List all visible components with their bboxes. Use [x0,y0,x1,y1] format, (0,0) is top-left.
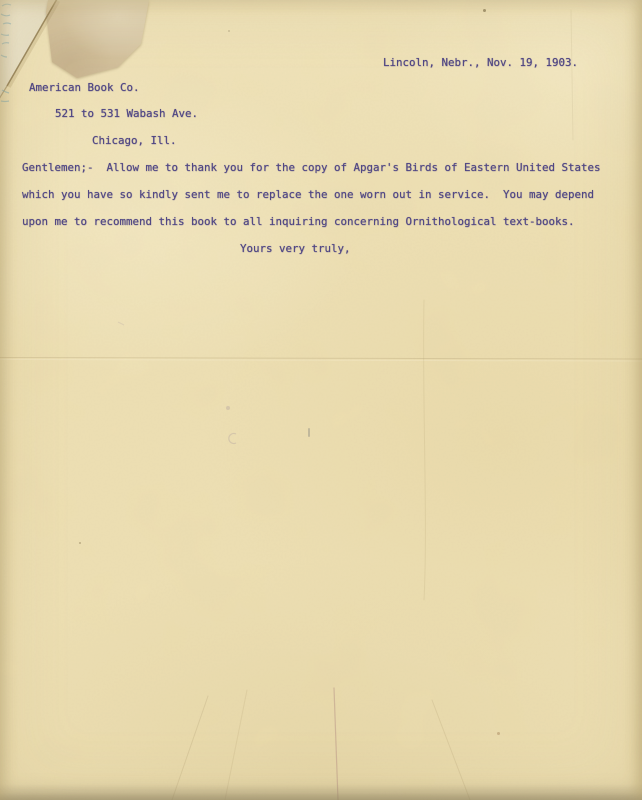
horizontal-fold-crease [0,358,642,360]
recipient-name: American Book Co. [29,81,140,95]
body-line-1: Gentlemen;- Allow me to thank you for th… [22,161,601,175]
paper-speck [497,732,500,735]
body-line-2: which you have so kindly sent me to repl… [22,188,594,202]
closing: Yours very truly, [240,242,351,256]
bottom-edge-shadow [0,784,642,800]
horizontal-fold-highlight [0,360,642,362]
wrinkle-creases [172,10,573,800]
paper-speck [79,542,81,544]
body-line-3: upon me to recommend this book to all in… [22,215,575,229]
tape-patch-surface [0,0,160,90]
paper-speck [228,30,230,32]
tape-patch [0,0,160,90]
recipient-street: 521 to 531 Wabash Ave. [55,107,198,121]
paper-speck [308,428,310,437]
letter-page: Lincoln, Nebr., Nov. 19, 1903. American … [0,0,642,800]
ink-smudges [118,322,236,444]
dateline: Lincoln, Nebr., Nov. 19, 1903. [383,56,578,70]
paper-speck [483,9,486,12]
recipient-city: Chicago, Ill. [92,134,177,148]
